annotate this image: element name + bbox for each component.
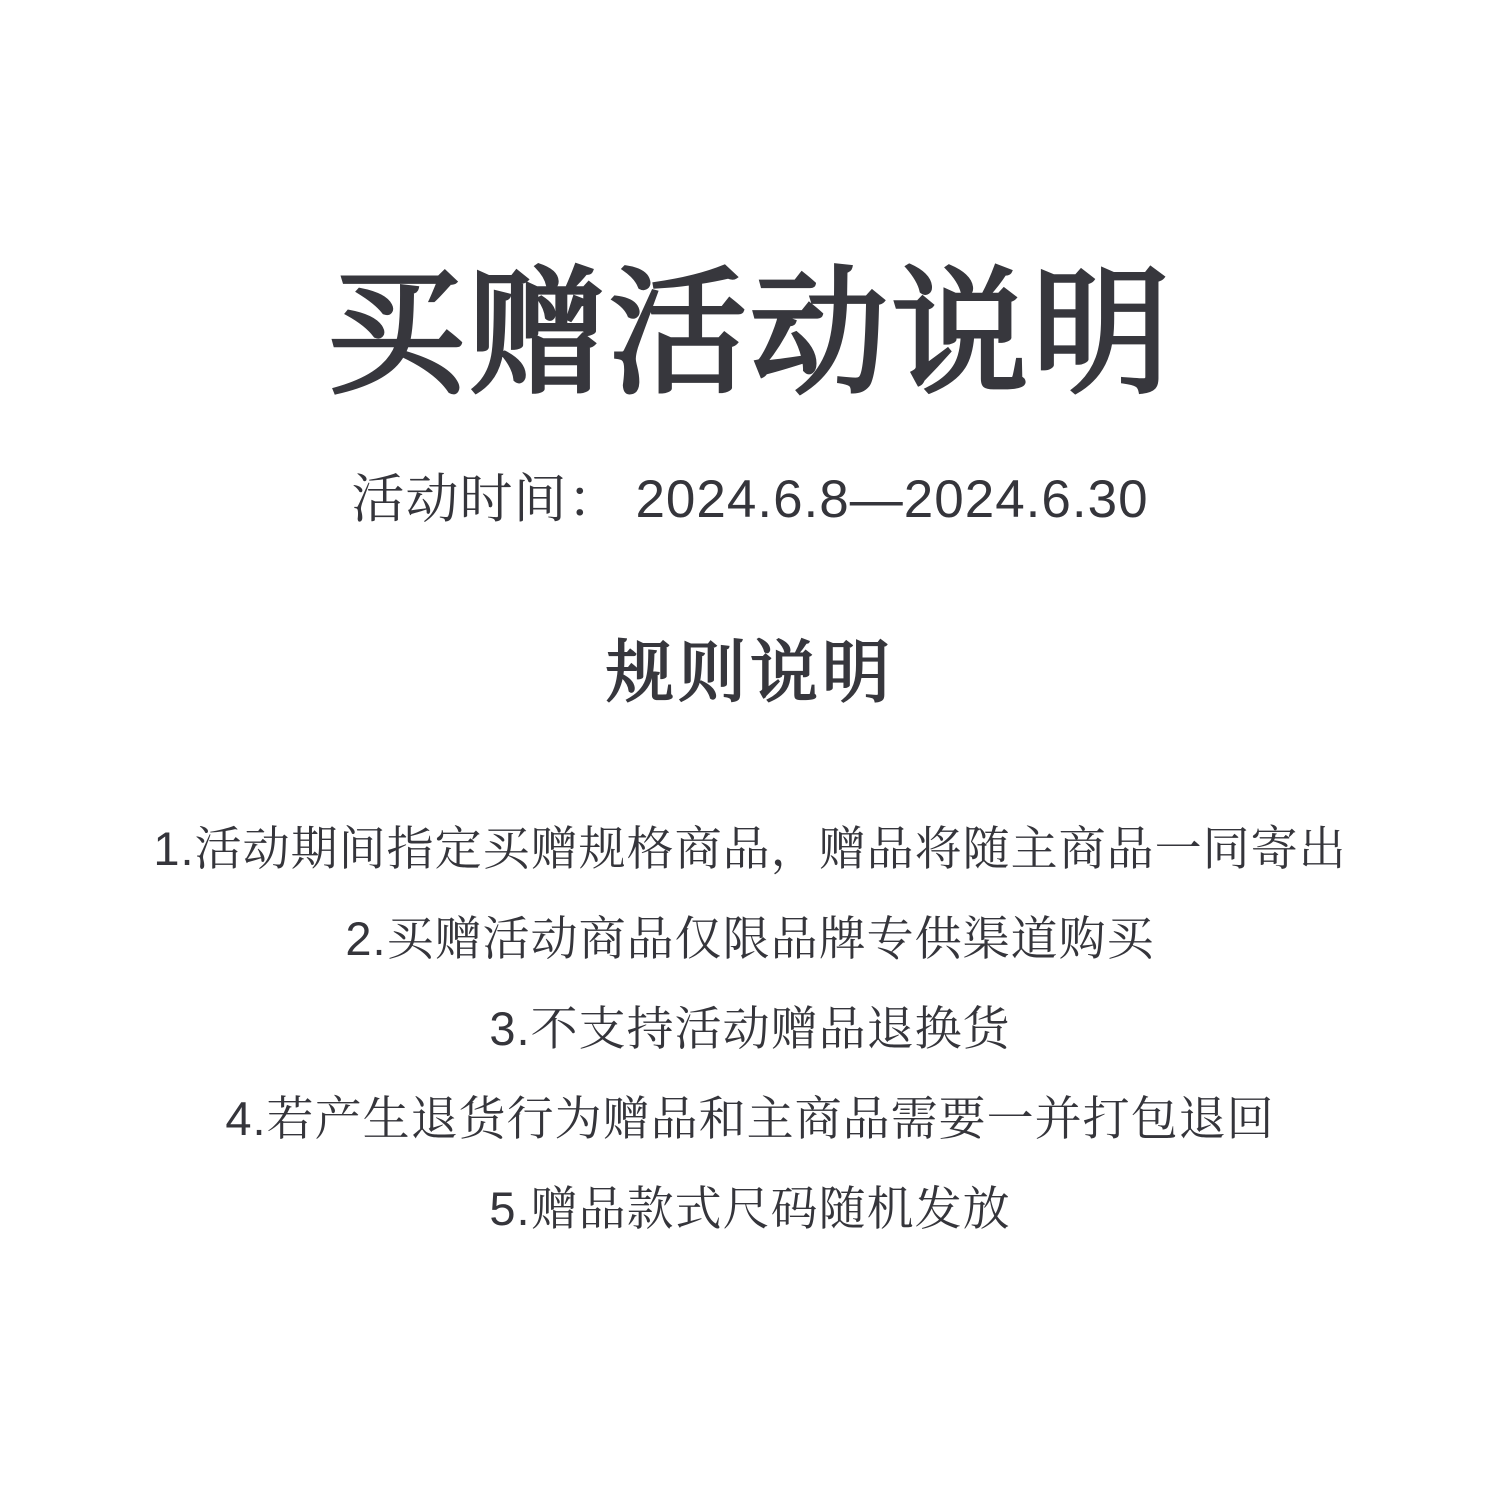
promo-notice-page: 买赠活动说明 活动时间：2024.6.8—2024.6.30 规则说明 1.活动…: [0, 0, 1500, 1500]
activity-period-value: 2024.6.8—2024.6.30: [635, 470, 1148, 529]
rules-heading: 规则说明: [606, 634, 894, 712]
rule-item-3: 3.不支持活动赠品退换货: [153, 984, 1346, 1074]
page-title: 买赠活动说明: [327, 252, 1173, 418]
activity-period: 活动时间：2024.6.8—2024.6.30: [351, 470, 1148, 531]
rule-item-5: 5.赠品款式尺码随机发放: [153, 1164, 1346, 1254]
rule-item-2: 2.买赠活动商品仅限品牌专供渠道购买: [153, 894, 1346, 984]
rules-list: 1.活动期间指定买赠规格商品，赠品将随主商品一同寄出 2.买赠活动商品仅限品牌专…: [153, 804, 1346, 1254]
rule-item-4: 4.若产生退货行为赠品和主商品需要一并打包退回: [153, 1074, 1346, 1164]
rule-item-1: 1.活动期间指定买赠规格商品，赠品将随主商品一同寄出: [153, 804, 1346, 894]
activity-period-label: 活动时间：: [351, 470, 621, 529]
